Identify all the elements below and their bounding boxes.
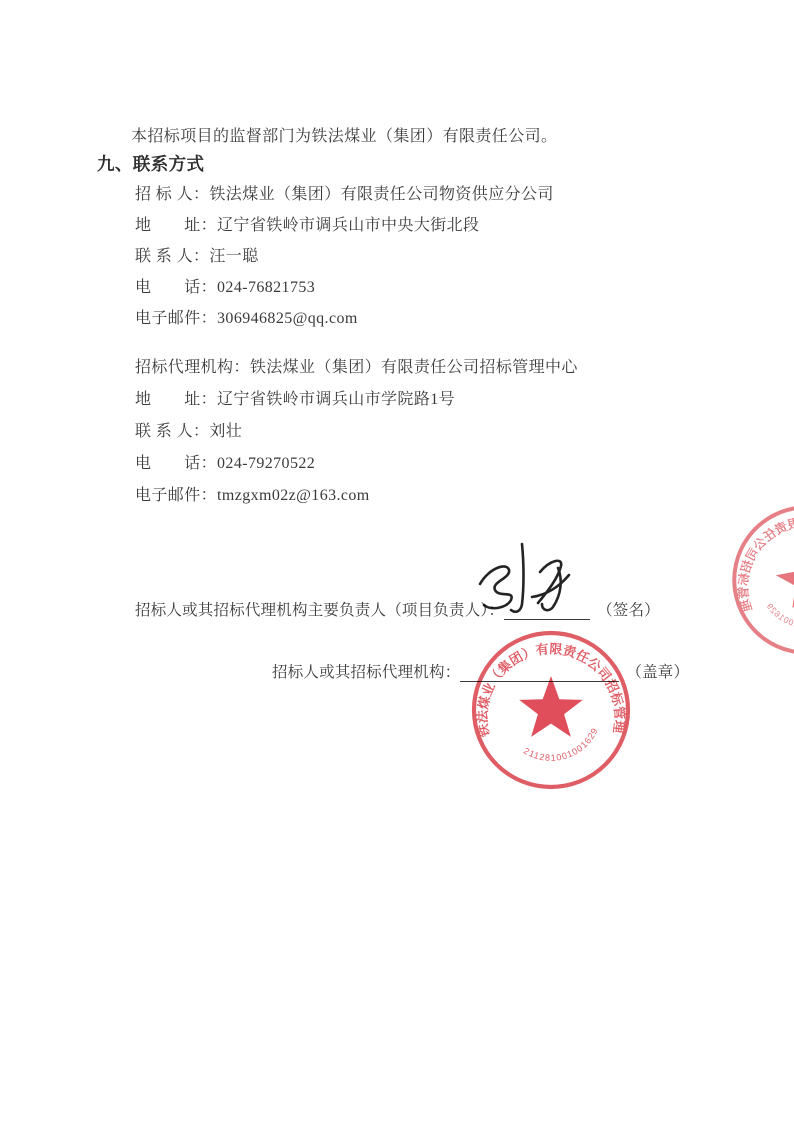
tenderer-name-label: 招 标 人： bbox=[135, 187, 209, 203]
org-seal-label: 招标人或其招标代理机构： bbox=[272, 660, 460, 682]
tenderer-address-value: 辽宁省铁岭市调兵山市中央大街北段 bbox=[217, 218, 479, 234]
tenderer-phone-label: 电 话： bbox=[135, 280, 217, 296]
company-seal: 铁法煤业（集团）有限责任公司招标管理中心 211281001001629 bbox=[461, 620, 641, 800]
partial-seal-impression: 铁法煤业（集团）有限责任公司招标管理中心 211281001001629 bbox=[710, 483, 794, 678]
tenderer-name-line: 招 标 人：铁法煤业（集团）有限责任公司物资供应分公司 bbox=[135, 187, 554, 203]
tenderer-email-line: 电子邮件：306946825@qq.com bbox=[135, 311, 358, 327]
agency-address-label: 地 址： bbox=[135, 392, 217, 408]
handwritten-signature bbox=[462, 538, 602, 620]
tenderer-address-label: 地 址： bbox=[135, 218, 217, 234]
signature-suffix: （签名） bbox=[597, 598, 660, 620]
tenderer-contact-value: 汪一聪 bbox=[209, 249, 258, 265]
agency-address-line: 地 址：辽宁省铁岭市调兵山市学院路1号 bbox=[135, 392, 455, 408]
agency-name-line: 招标代理机构：铁法煤业（集团）有限责任公司招标管理中心 bbox=[135, 360, 578, 376]
seal-ring-text-holder: 铁法煤业（集团）有限责任公司招标管理中心 bbox=[720, 483, 794, 619]
star-icon bbox=[519, 676, 583, 737]
tenderer-phone-line: 电 话：024-76821753 bbox=[135, 280, 315, 296]
tenderer-email-value: 306946825@qq.com bbox=[217, 311, 358, 327]
agency-contact-label: 联 系 人： bbox=[135, 424, 209, 440]
principal-signature-label: 招标人或其招标代理机构主要负责人（项目负责人）： bbox=[135, 598, 504, 620]
tenderer-address-line: 地 址：辽宁省铁岭市调兵山市中央大街北段 bbox=[135, 218, 479, 234]
document-page: 本招标项目的监督部门为铁法煤业（集团）有限责任公司。 九、联系方式 招 标 人：… bbox=[0, 0, 794, 1123]
tenderer-contact-label: 联 系 人： bbox=[135, 249, 209, 265]
tenderer-name-value: 铁法煤业（集团）有限责任公司物资供应分公司 bbox=[209, 187, 553, 203]
agency-contact-line: 联 系 人：刘壮 bbox=[135, 424, 242, 440]
agency-name-value: 铁法煤业（集团）有限责任公司招标管理中心 bbox=[250, 360, 578, 376]
tenderer-phone-value: 024-76821753 bbox=[217, 280, 315, 296]
agency-email-value: tmzgxm02z@163.com bbox=[217, 488, 370, 504]
seal-serial-number: 211281001001629 bbox=[764, 590, 794, 636]
seal-ring-text: 铁法煤业（集团）有限责任公司招标管理中心 bbox=[720, 483, 794, 619]
section-heading: 九、联系方式 bbox=[97, 156, 204, 174]
agency-name-label: 招标代理机构： bbox=[135, 360, 250, 376]
star-icon bbox=[772, 544, 794, 610]
seal-serial-holder: 211281001001629 bbox=[764, 590, 794, 636]
signature-stroke bbox=[511, 544, 524, 612]
tenderer-contact-line: 联 系 人：汪一聪 bbox=[135, 249, 259, 265]
agency-phone-label: 电 话： bbox=[135, 456, 217, 472]
tenderer-email-label: 电子邮件： bbox=[135, 311, 217, 327]
agency-phone-line: 电 话：024-79270522 bbox=[135, 456, 315, 472]
supervision-note: 本招标项目的监督部门为铁法煤业（集团）有限责任公司。 bbox=[131, 129, 557, 145]
signature-stroke bbox=[480, 566, 512, 608]
agency-contact-value: 刘壮 bbox=[209, 424, 242, 440]
agency-email-line: 电子邮件：tmzgxm02z@163.com bbox=[135, 488, 370, 504]
agency-phone-value: 024-79270522 bbox=[217, 456, 315, 472]
agency-email-label: 电子邮件： bbox=[135, 488, 217, 504]
agency-address-value: 辽宁省铁岭市调兵山市学院路1号 bbox=[217, 392, 455, 408]
